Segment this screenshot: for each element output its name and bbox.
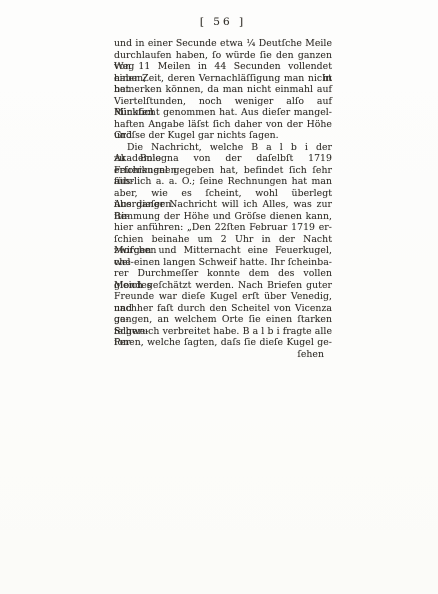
text-line: durchlaufen haben, ſo würde ſie den ganz… xyxy=(114,50,332,62)
text-line: ſonen, welche ſagten, daſs ſie dieſe Kug… xyxy=(114,337,332,349)
text-line: felgeruch verbreitet habe. B a l b i fra… xyxy=(114,326,332,338)
text-line: einer Zeit, deren Vernachläſſigung man n… xyxy=(114,73,332,85)
text-line: Rückſicht genommen hat. Aus dieſer mange… xyxy=(114,107,332,119)
text-line: von 11 Meilen in 44 Secunden vollendet h… xyxy=(114,61,332,73)
text-line: führlich a. a. O.; ſeine Rechnungen hat … xyxy=(114,176,332,188)
text-line: bemerken können, da man nicht einmahl au… xyxy=(114,84,332,96)
catchword: ſehen xyxy=(114,349,332,361)
text-line: Aus dieſer Nachricht will ich Alles, was… xyxy=(114,199,332,211)
text-line: gangen, an welchem Orte ſie einen ſtarke… xyxy=(114,314,332,326)
text-line: aber, wie es ſcheint, wohl überlegt über… xyxy=(114,188,332,200)
text-line: und in einer Secunde etwa ¼ Deutſche Mei… xyxy=(114,38,332,50)
text-line: rer Durchmeſſer konnte dem des vollen Mo… xyxy=(114,268,332,280)
text-line: ſtimmung der Höhe und Gröſse dienen kann… xyxy=(114,211,332,223)
text-line: nachher faſt durch den Scheitel von Vice… xyxy=(114,303,332,315)
text-line: Die Nachricht, welche B a l b i der Akad… xyxy=(114,142,332,154)
text-line: gleich geſchätzt werden. Nach Briefen gu… xyxy=(114,280,332,292)
text-block: und in einer Secunde etwa ¼ Deutſche Mei… xyxy=(114,38,332,360)
text-line: Morgen und Mitternacht eine Feuerkugel, … xyxy=(114,245,332,257)
text-line: hier anführen: „Den 22ſten Februar 1719 … xyxy=(114,222,332,234)
text-line: ſchien beinahe um 2 Uhr in der Nacht zwi… xyxy=(114,234,332,246)
text-line: zu Bologna von der daſelbſt 1719 erſchie… xyxy=(114,153,332,165)
text-line: Viertelſtunden, noch weniger alſo auf Mi… xyxy=(114,96,332,108)
text-line: Gröſse der Kugel gar nichts ſagen. xyxy=(114,130,332,142)
text-line: haften Angabe läſst ſich daher von der H… xyxy=(114,119,332,131)
page-number: [ 56 ] xyxy=(114,16,332,28)
text-line: che einen langen Schweif hatte. Ihr ſche… xyxy=(114,257,332,269)
text-line: Freunde war dieſe Kugel erſt über Venedi… xyxy=(114,291,332,303)
text-line: Feuerkugel gegeben hat, befindet ſich ſe… xyxy=(114,165,332,177)
book-page: [ 56 ] und in einer Secunde etwa ¼ Deutſ… xyxy=(0,0,438,594)
